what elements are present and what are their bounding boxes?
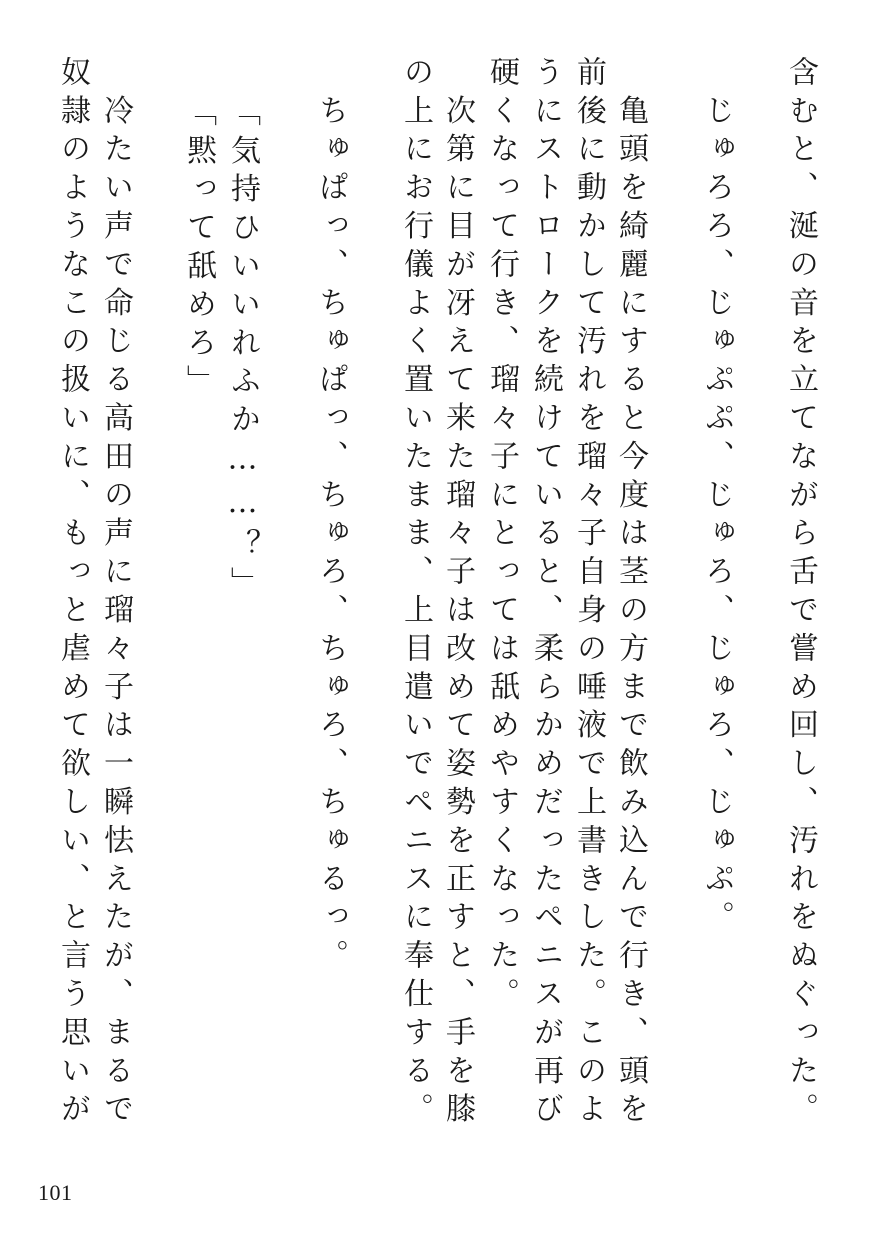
- text-column-4: 前後に動かして汚れを瑠々子自身の唾液で上書きした。このよ: [568, 56, 608, 1156]
- book-page: 含むと、涎の音を立てながら舌で嘗め回し、汚れをぬぐった。 じゅろろ、じゅぷぷ、じ…: [0, 0, 876, 1240]
- text-column-7: 次第に目が冴えて来た瑠々子は改めて姿勢を正すと、手を膝: [437, 56, 477, 1156]
- text-column-9: ちゅぱっ、ちゅぱっ、ちゅろ、ちゅろ、ちゅるっ。: [310, 56, 350, 1156]
- text-column-6: 硬くなって行き、瑠々子にとっては舐めやすくなった。: [481, 56, 521, 1156]
- text-column-13: 奴隷のようなこの扱いに、もっと虐めて欲しい、と言う思いが: [52, 56, 92, 1156]
- text-column-8: の上にお行儀よく置いたまま、上目遣いでペニスに奉仕する。: [395, 56, 435, 1156]
- dialogue-column-10: 「気持ひいいれふか……？」: [222, 96, 262, 1196]
- text-column-12: 冷たい声で命じる高田の声に瑠々子は一瞬怯えたが、まるで: [95, 56, 135, 1156]
- text-column-5: うにストロークを続けていると、柔らかめだったペニスが再び: [525, 56, 565, 1156]
- text-column-1: 含むと、涎の音を立てながら舌で嘗め回し、汚れをぬぐった。: [780, 56, 820, 1156]
- dialogue-column-11: 「黙って舐めろ」: [178, 96, 218, 1196]
- page-number: 101: [38, 1180, 73, 1206]
- text-column-2: じゅろろ、じゅぷぷ、じゅろ、じゅろ、じゅぷ。: [696, 56, 736, 1156]
- text-column-3: 亀頭を綺麗にすると今度は茎の方まで飲み込んで行き、頭を: [610, 56, 650, 1156]
